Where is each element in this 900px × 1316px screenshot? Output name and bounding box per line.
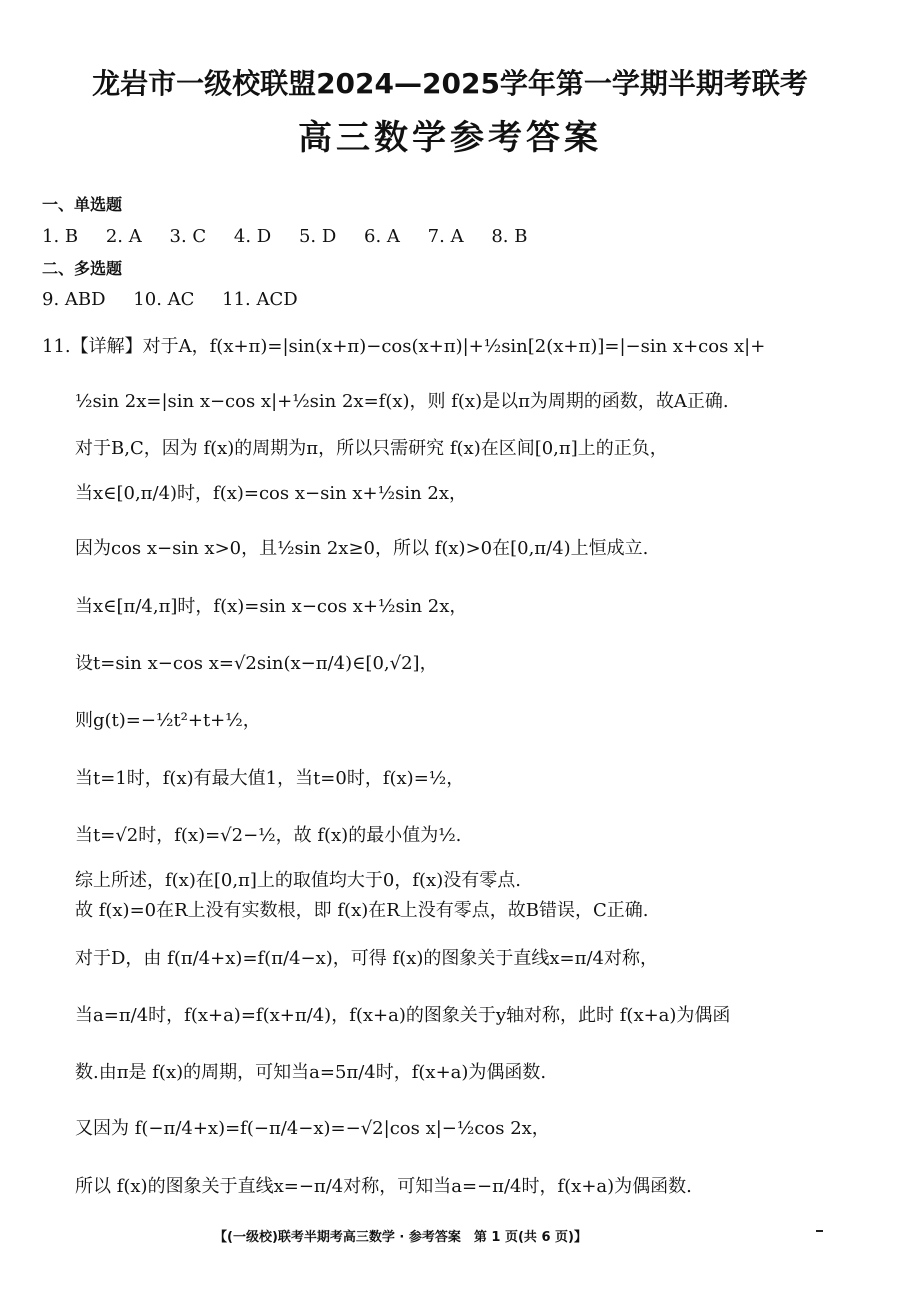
solution-line: 所以 f(x)的图象关于直线x=−π/4对称，可知当a=−π/4时，f(x+a)… <box>75 1178 692 1196</box>
solution-line: ½sin 2x=|sin x−cos x|+½sin 2x=f(x)，则 f(x… <box>75 393 729 411</box>
solution-line: 当x∈[0,π/4)时，f(x)=cos x−sin x+½sin 2x， <box>75 485 467 503</box>
solution-line: 又因为 f(−π/4+x)=f(−π/4−x)=−√2|cos x|−½cos … <box>75 1120 550 1138</box>
solution-label: 11.【详解】 <box>42 336 143 357</box>
page-mark <box>816 1230 823 1232</box>
document-title: 龙岩市一级校联盟2024—2025学年第一学期半期考联考 <box>0 62 900 102</box>
solution-line: 则g(t)=−½t²+t+½， <box>75 712 261 730</box>
solution-line: 当t=√2时，f(x)=√2−½，故 f(x)的最小值为½. <box>75 827 461 845</box>
answer-7: 7. A <box>428 226 464 247</box>
solution-line: 因为cos x−sin x>0，且½sin 2x≥0，所以 f(x)>0在[0,… <box>75 540 648 558</box>
solution-line: 当x∈[π/4,π]时，f(x)=sin x−cos x+½sin 2x， <box>75 598 467 616</box>
section-heading-single-choice: 一、单选题 <box>42 197 122 213</box>
answer-11: 11. ACD <box>222 289 298 310</box>
multi-choice-answers: 9. ABD 10. AC 11. ACD <box>42 291 320 309</box>
answer-6: 6. A <box>364 226 400 247</box>
answer-9: 9. ABD <box>42 289 106 310</box>
page-footer: 【(一级校)联考半期考高三数学 · 参考答案 第 1 页(共 6 页)】 <box>214 1226 587 1245</box>
answer-3: 3. C <box>170 226 207 247</box>
solution-line: 对于D，由 f(π/4+x)=f(π/4−x)，可得 f(x)的图象关于直线x=… <box>75 950 658 968</box>
answer-5: 5. D <box>299 226 336 247</box>
document-subtitle: 高三数学参考答案 <box>0 110 900 159</box>
answer-4: 4. D <box>234 226 271 247</box>
solution-line: 故 f(x)=0在R上没有实数根，即 f(x)在R上没有零点，故B错误，C正确. <box>75 902 649 920</box>
solution-line: 当t=1时，f(x)有最大值1，当t=0时，f(x)=½， <box>75 770 464 788</box>
answer-8: 8. B <box>491 226 527 247</box>
solution-line: 综上所述，f(x)在[0,π]上的取值均大于0，f(x)没有零点. <box>75 872 521 890</box>
solution-line: 对于B,C，因为 f(x)的周期为π，所以只需研究 f(x)在区间[0,π]上的… <box>75 440 668 458</box>
solution-line: 当a=π/4时，f(x+a)=f(x+π/4)，f(x+a)的图象关于y轴对称，… <box>75 1007 730 1025</box>
section-heading-multi-choice: 二、多选题 <box>42 261 122 277</box>
solution-line: 设t=sin x−cos x=√2sin(x−π/4)∈[0,√2]， <box>75 655 438 673</box>
answer-2: 2. A <box>106 226 142 247</box>
solution-line: 11.【详解】对于A，f(x+π)=|sin(x+π)−cos(x+π)|+½s… <box>42 338 765 356</box>
answer-10: 10. AC <box>133 289 194 310</box>
single-choice-answers: 1. B 2. A 3. C 4. D 5. D 6. A 7. A 8. B <box>42 228 549 246</box>
answer-1: 1. B <box>42 226 78 247</box>
solution-line: 数.由π是 f(x)的周期，可知当a=5π/4时，f(x+a)为偶函数. <box>75 1064 546 1082</box>
